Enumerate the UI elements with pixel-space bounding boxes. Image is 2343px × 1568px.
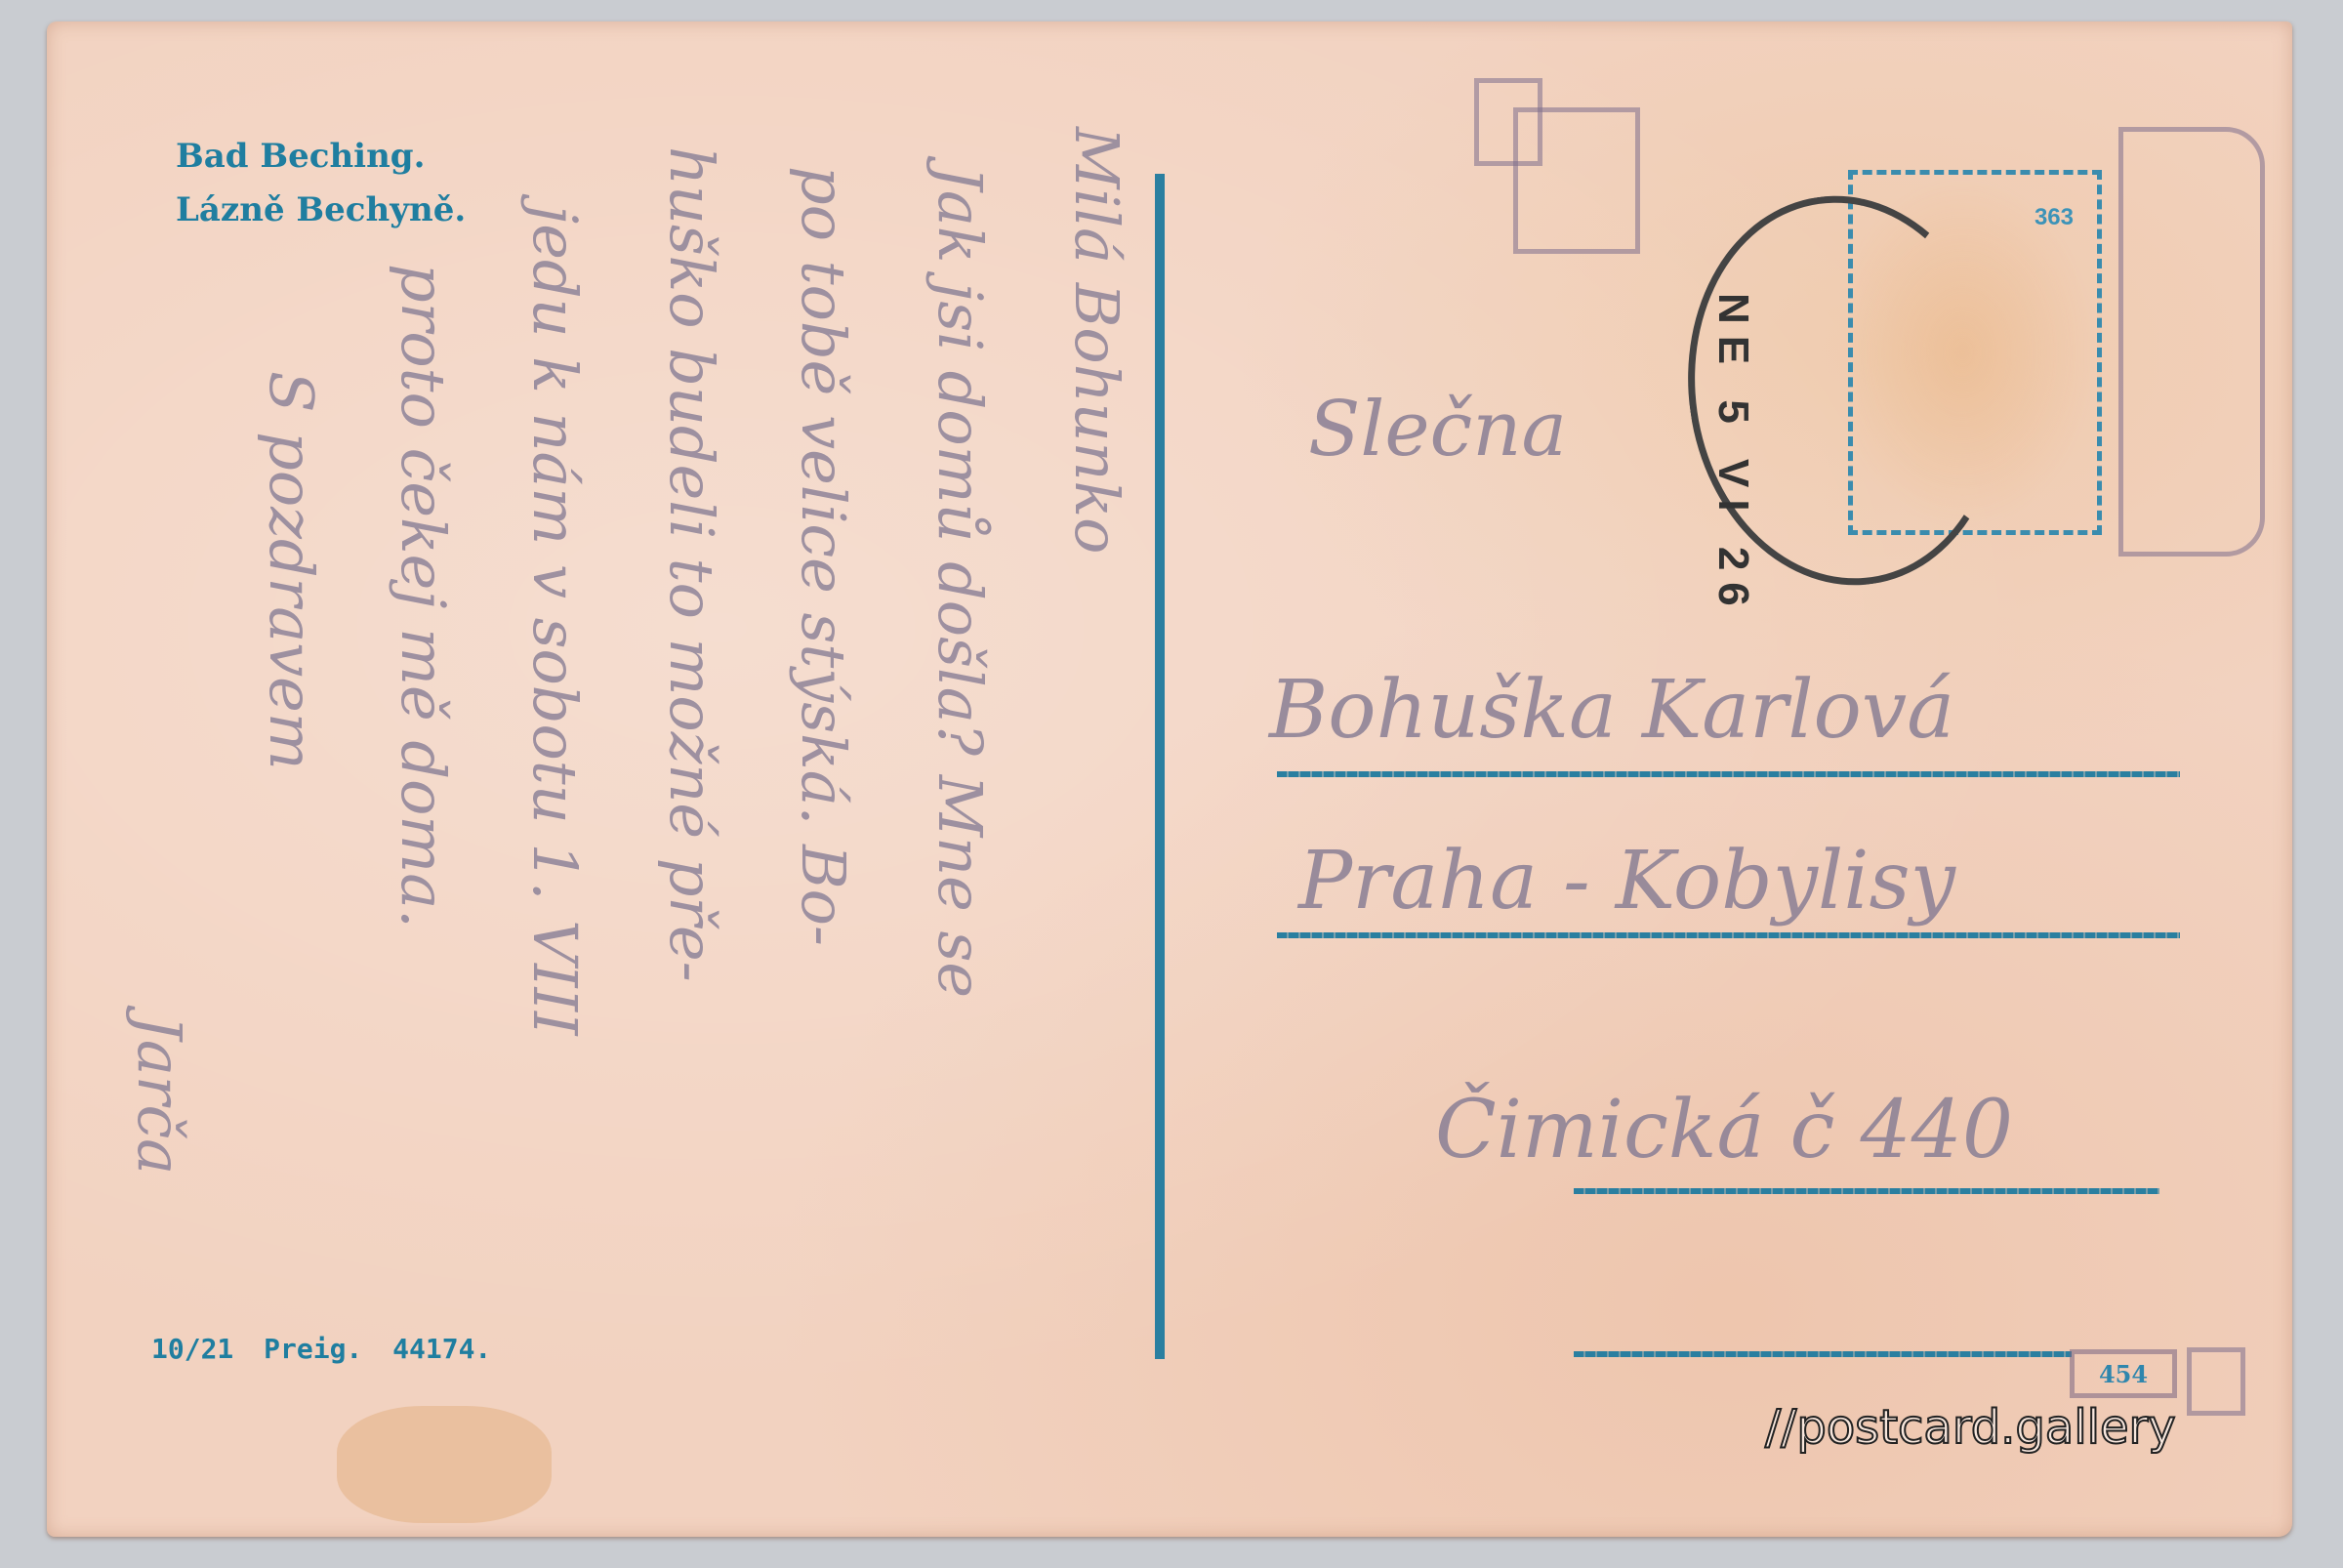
address-salutation: Slečna (1308, 386, 1567, 474)
address-line-1 (1277, 771, 2180, 777)
message-signature: Jarča (124, 1015, 195, 1175)
address-city: Praha - Kobylisy (1298, 835, 1955, 928)
pencil-border-doodle-icon (2118, 127, 2265, 557)
pencil-doodle-icon (1513, 107, 1640, 254)
corner-number-box: 454 (2070, 1349, 2177, 1398)
address-line-3 (1574, 1188, 2159, 1194)
message-line-7: S pozdravem (256, 371, 327, 770)
address-line-2 (1277, 932, 2180, 938)
printed-title-czech: Lázně Bechyně. (176, 190, 466, 229)
corner-number: 454 (2099, 1360, 2148, 1388)
message-line-6: proto čekej mě doma. (388, 264, 459, 928)
center-divider-line (1155, 174, 1165, 1359)
pencil-doodle-icon (2187, 1347, 2245, 1416)
message-line-1: Milá Bohunko (1061, 127, 1132, 554)
message-line-5: jedu k nám v sobotu 1. VIII (519, 205, 591, 1035)
printed-title-german: Bad Beching. (176, 137, 425, 176)
message-line-2: Jak jsi domů došla? Mne se (925, 166, 996, 998)
address-line-4 (1574, 1351, 2072, 1357)
address-name: Bohuška Karlová (1269, 664, 1954, 757)
message-line-3: po tobě velice stýská. Bo- (788, 166, 859, 946)
paper-stain (337, 1406, 552, 1523)
watermark-text: //postcard.gallery (1765, 1400, 2176, 1455)
stamp-box-number: 363 (2035, 204, 2074, 231)
publisher-code: 10/21 Preig. 44174. (151, 1333, 491, 1365)
message-line-4: huško budeli to možné pře- (656, 146, 727, 982)
address-street: Čimická č 440 (1435, 1084, 2013, 1176)
postmark-text: NE 5 VI 26 (1718, 293, 1757, 618)
